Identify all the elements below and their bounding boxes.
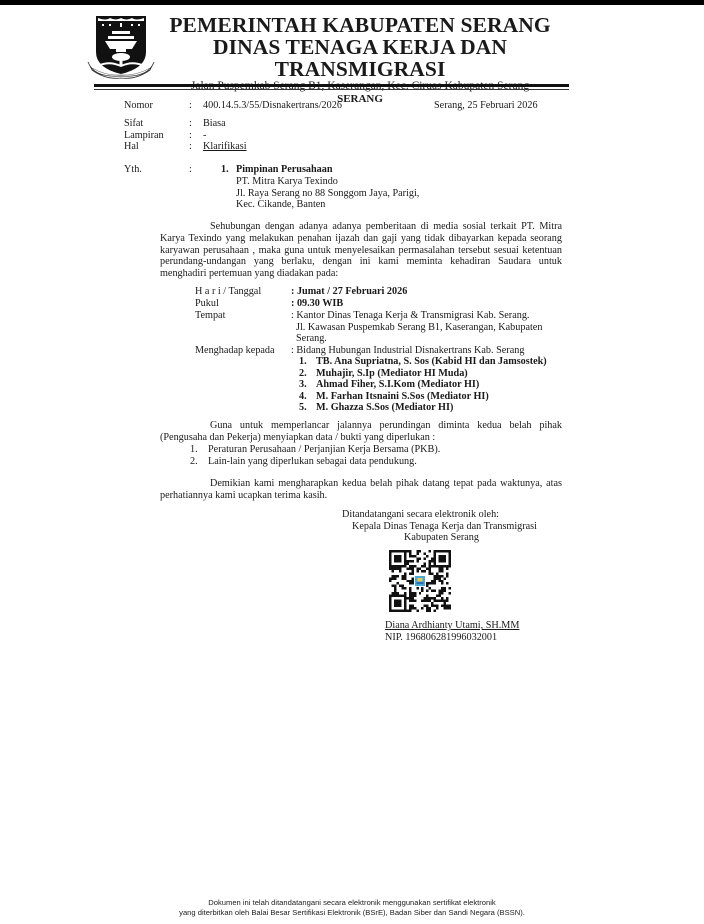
letterhead-divider — [94, 84, 569, 87]
official-name: TB. Ana Supriatna, S. Sos (Kabid HI dan … — [316, 356, 547, 368]
colon: : — [189, 118, 192, 130]
day-label: H a r i / Tanggal — [195, 286, 261, 298]
opening-paragraph-text: Sehubungan dengan adanya adanya pemberit… — [160, 221, 562, 279]
recipient-number: 1. — [221, 164, 229, 176]
letterhead: PEMERINTAH KABUPATEN SERANG DINAS TENAGA… — [160, 14, 560, 106]
time-label: Pukul — [195, 298, 219, 310]
letterhead-divider-thin — [94, 89, 569, 90]
letterhead-agency: DINAS TENAGA KERJA DAN TRANSMIGRASI — [160, 36, 560, 80]
e-signature-notice: Dokumen ini telah ditandatangani secara … — [0, 898, 704, 918]
official-number: 5. — [299, 402, 307, 414]
recipient-title: Pimpinan Perusahaan — [236, 164, 333, 176]
requirement-number: 2. — [190, 456, 198, 468]
meet-label: Menghadap kepada — [195, 345, 275, 357]
preparation-paragraph-text: Guna untuk memperlancar jalannya perundi… — [160, 420, 562, 443]
signature-statement: Ditandatangani secara elektronik oleh: — [342, 509, 499, 521]
nomor-label: Nomor — [124, 100, 153, 112]
signatory-name: Diana Ardhianty Utami, SH.MM — [385, 620, 519, 632]
official-name: M. Ghazza S.Sos (Mediator HI) — [316, 402, 453, 414]
opening-paragraph: Sehubungan dengan adanya adanya pemberit… — [160, 221, 562, 280]
e-signature-notice-line2: yang diterbitkan oleh Balai Besar Sertif… — [0, 908, 704, 918]
place-line1: : Kantor Dinas Tenaga Kerja & Transmigra… — [291, 310, 529, 322]
hal-value: Klarifikasi — [203, 141, 247, 153]
official-number: 3. — [299, 379, 307, 391]
place-line3: Serang. — [296, 333, 327, 345]
official-name: Ahmad Fiher, S.I.Kom (Mediator HI) — [316, 379, 479, 391]
requirement-text: Peraturan Perusahaan / Perjanjian Kerja … — [208, 444, 440, 456]
requirement-number: 1. — [190, 444, 198, 456]
place-label: Tempat — [195, 310, 225, 322]
recipient-label: Yth. — [124, 164, 142, 176]
signature-region: Kabupaten Serang — [404, 532, 479, 544]
nomor-value: 400.14.5.3/55/Disnakertrans/2026 — [203, 100, 342, 112]
place-date: Serang, 25 Februari 2026 — [434, 100, 538, 112]
serang-regency-crest-icon — [86, 12, 156, 80]
colon: : — [189, 141, 192, 153]
colon: : — [189, 100, 192, 112]
recipient-address-line2: Kec. Cikande, Banten — [236, 199, 325, 211]
sifat-value: Biasa — [203, 118, 226, 130]
day-value: : Jumat / 27 Februari 2026 — [291, 286, 407, 298]
closing-paragraph-text: Demikian kami mengharapkan kedua belah p… — [160, 478, 562, 501]
colon: : — [189, 164, 192, 176]
e-signature-notice-line1: Dokumen ini telah ditandatangani secara … — [0, 898, 704, 908]
hal-label: Hal — [124, 141, 139, 153]
letterhead-government: PEMERINTAH KABUPATEN SERANG — [160, 14, 560, 36]
official-number: 1. — [299, 356, 307, 368]
recipient-company: PT. Mitra Karya Texindo — [236, 176, 338, 188]
preparation-paragraph: Guna untuk memperlancar jalannya perundi… — [160, 420, 562, 444]
signatory-nip: NIP. 196806281996032001 — [385, 632, 497, 644]
top-edge-strip — [0, 0, 704, 5]
requirement-text: Lain-lain yang diperlukan sebagai data p… — [208, 456, 417, 468]
qr-code-icon[interactable] — [389, 550, 451, 612]
sifat-label: Sifat — [124, 118, 143, 130]
time-value: : 09.30 WIB — [291, 298, 343, 310]
closing-paragraph: Demikian kami mengharapkan kedua belah p… — [160, 478, 562, 502]
place-line2: Jl. Kawasan Puspemkab Serang B1, Kaseran… — [296, 322, 542, 334]
